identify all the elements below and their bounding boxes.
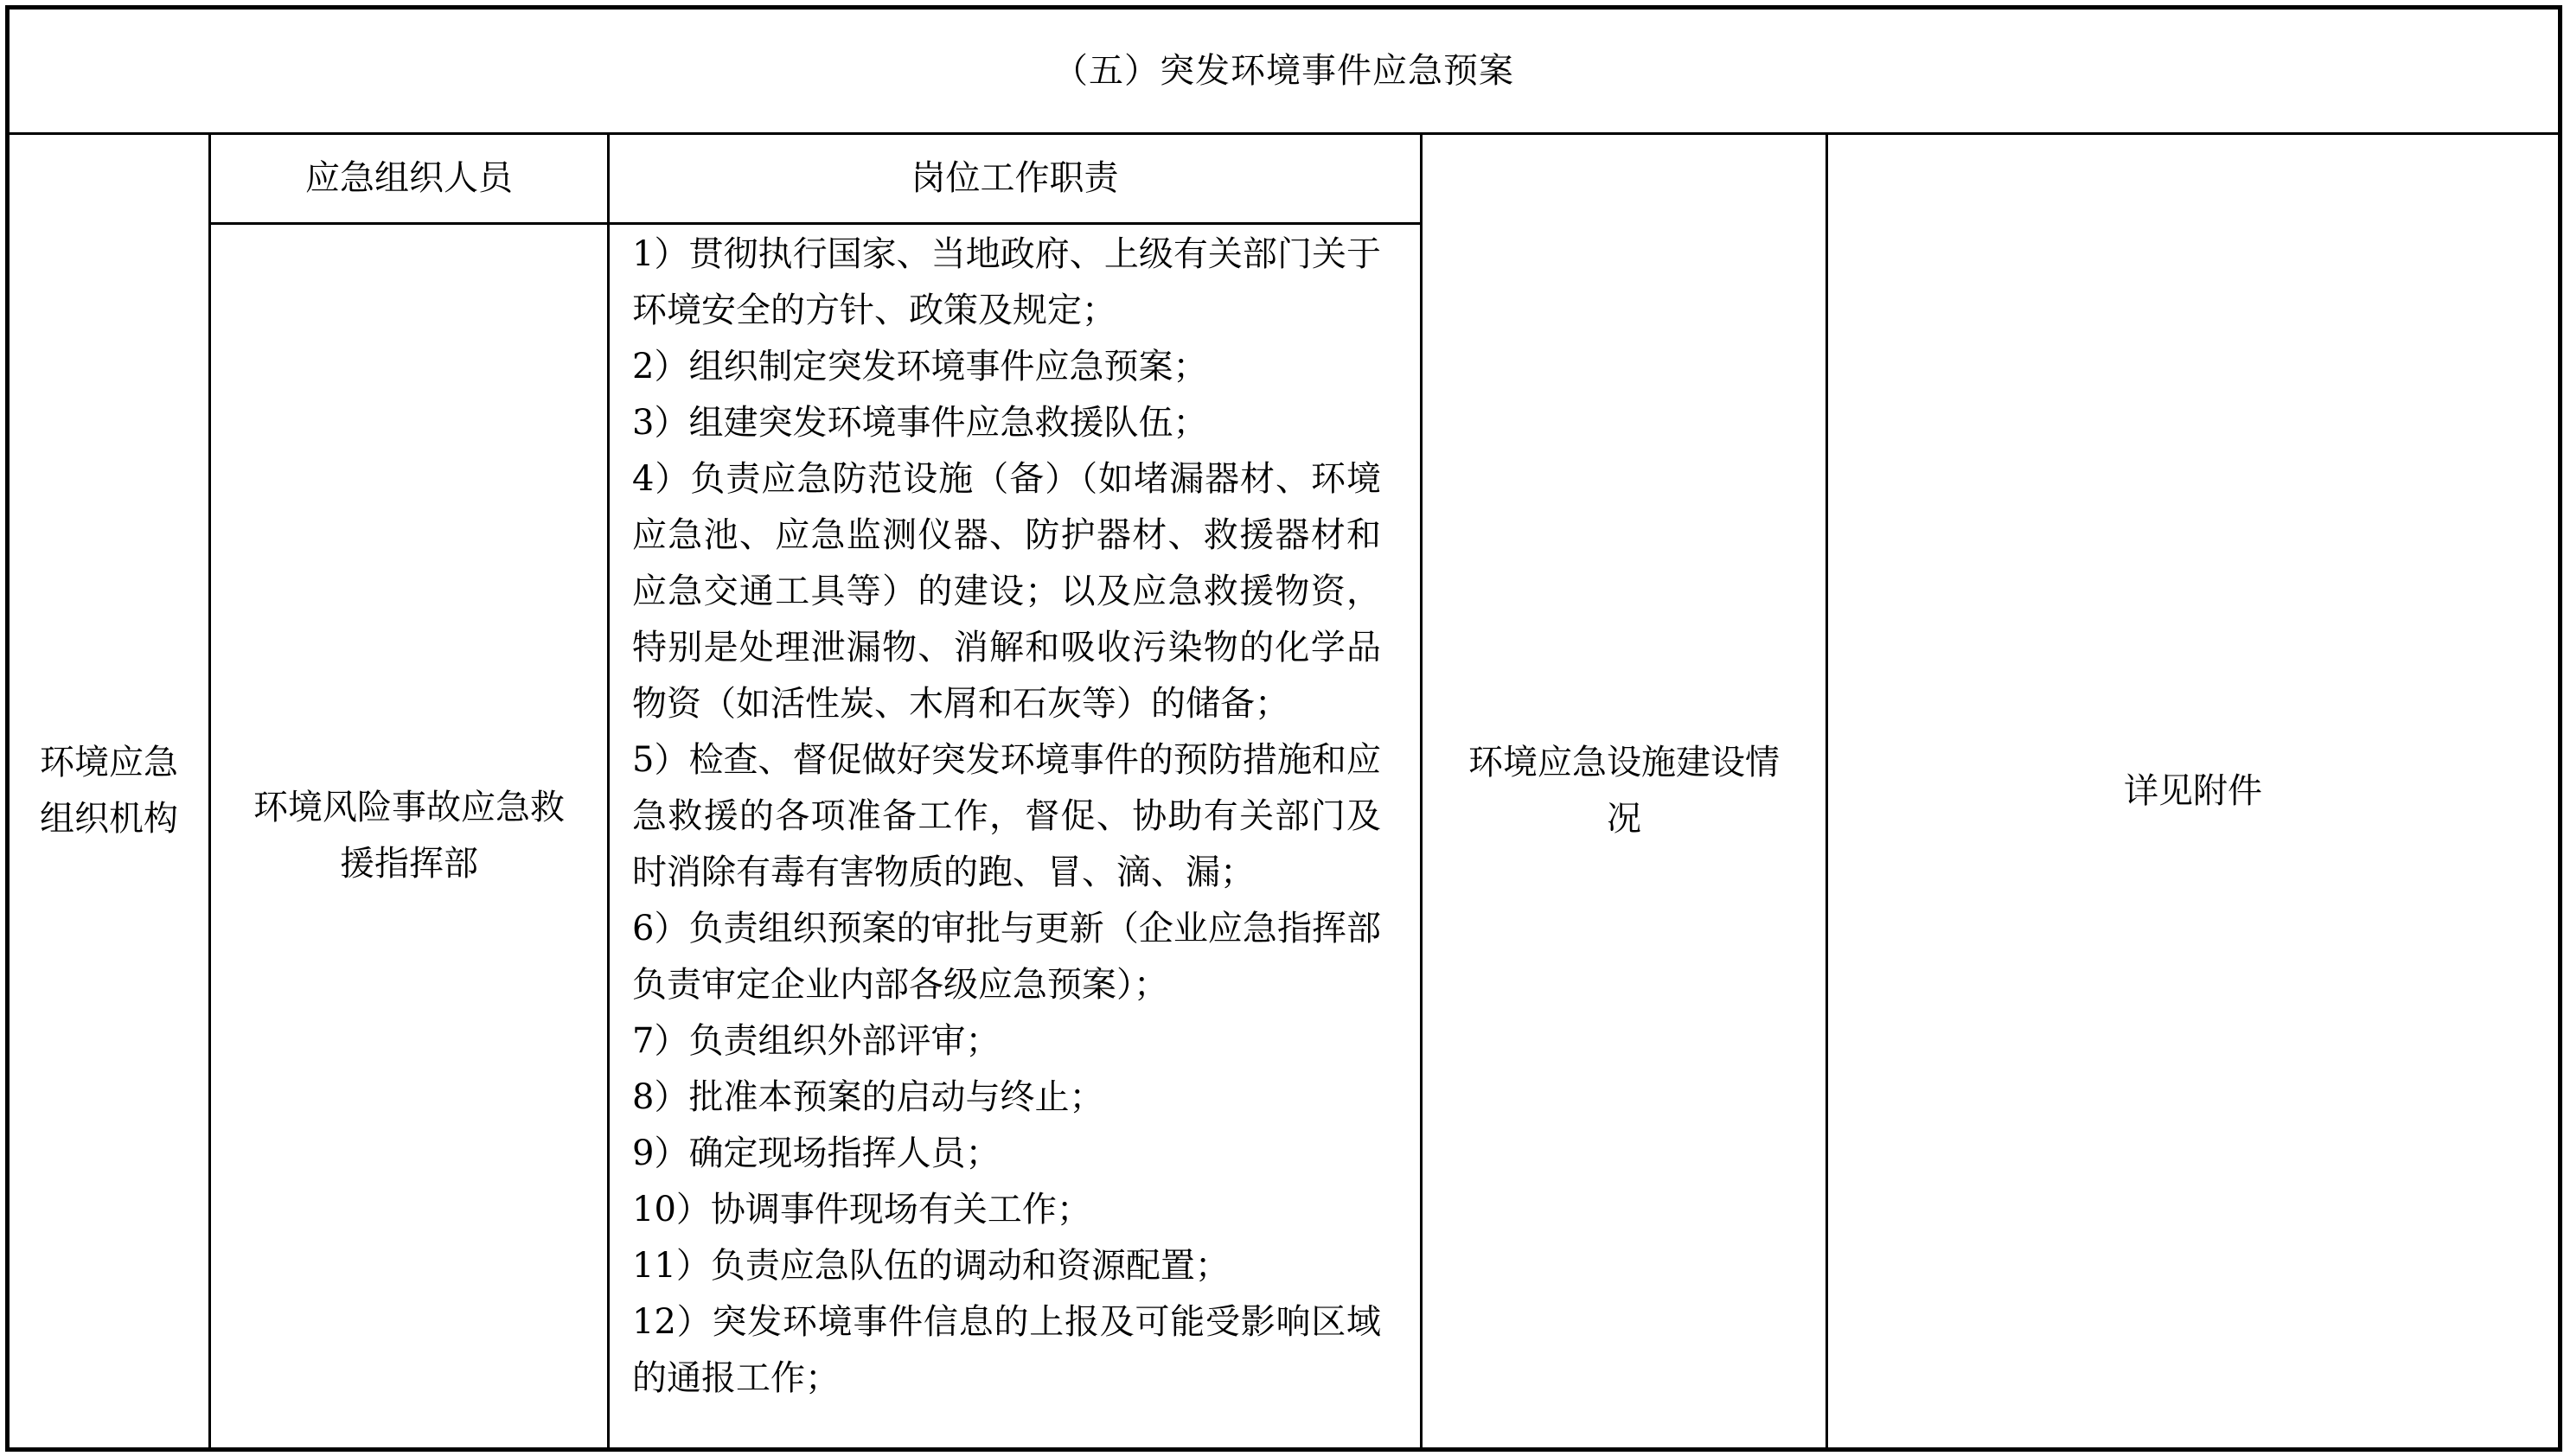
- personnel-header-cell: 应急组织人员: [210, 134, 609, 224]
- duty-item: 9）确定现场指挥人员；: [632, 1126, 1381, 1182]
- duty-item: 4）负责应急防范设施（备）（如堵漏器材、环境应急池、应急监测仪器、防护器材、救援…: [632, 451, 1381, 732]
- duty-item: 1）贯彻执行国家、当地政府、上级有关部门关于环境安全的方针、政策及规定；: [632, 227, 1381, 339]
- duties-header-cell: 岗位工作职责: [609, 134, 1422, 224]
- duty-item: 10）协调事件现场有关工作；: [632, 1182, 1381, 1238]
- duty-item: 6）负责组织预案的审批与更新（企业应急指挥部负责审定企业内部各级应急预案）；: [632, 901, 1381, 1013]
- facility-status-cell: 环境应急设施建设情况: [1422, 134, 1827, 1450]
- duty-item: 8）批准本预案的启动与终止；: [632, 1070, 1381, 1126]
- duties-list: 1）贯彻执行国家、当地政府、上级有关部门关于环境安全的方针、政策及规定；2）组织…: [632, 227, 1381, 1447]
- duties-cell: 1）贯彻执行国家、当地政府、上级有关部门关于环境安全的方针、政策及规定；2）组织…: [609, 224, 1422, 1450]
- duty-item: 5）检查、督促做好突发环境事件的预防措施和应急救援的各项准备工作，督促、协助有关…: [632, 732, 1381, 901]
- personnel-value-cell: 环境风险事故应急救援指挥部: [210, 224, 609, 1450]
- table-title: （五）突发环境事件应急预案: [8, 8, 2561, 134]
- duty-item: 2）组织制定突发环境事件应急预案；: [632, 339, 1381, 395]
- org-structure-cell: 环境应急组织机构: [8, 134, 210, 1450]
- duty-item: 7）负责组织外部评审；: [632, 1013, 1381, 1070]
- duty-item: 11）负责应急队伍的调动和资源配置；: [632, 1238, 1381, 1294]
- duty-item: 12）突发环境事件信息的上报及可能受影响区域的通报工作；: [632, 1294, 1381, 1407]
- emergency-plan-table: （五）突发环境事件应急预案 环境应急组织机构 应急组织人员 岗位工作职责 环境应…: [5, 5, 2562, 1452]
- document-page: （五）突发环境事件应急预案 环境应急组织机构 应急组织人员 岗位工作职责 环境应…: [0, 0, 2564, 1456]
- duty-item: 3）组建突发环境事件应急救援队伍；: [632, 395, 1381, 451]
- attachment-note-cell: 详见附件: [1827, 134, 2561, 1450]
